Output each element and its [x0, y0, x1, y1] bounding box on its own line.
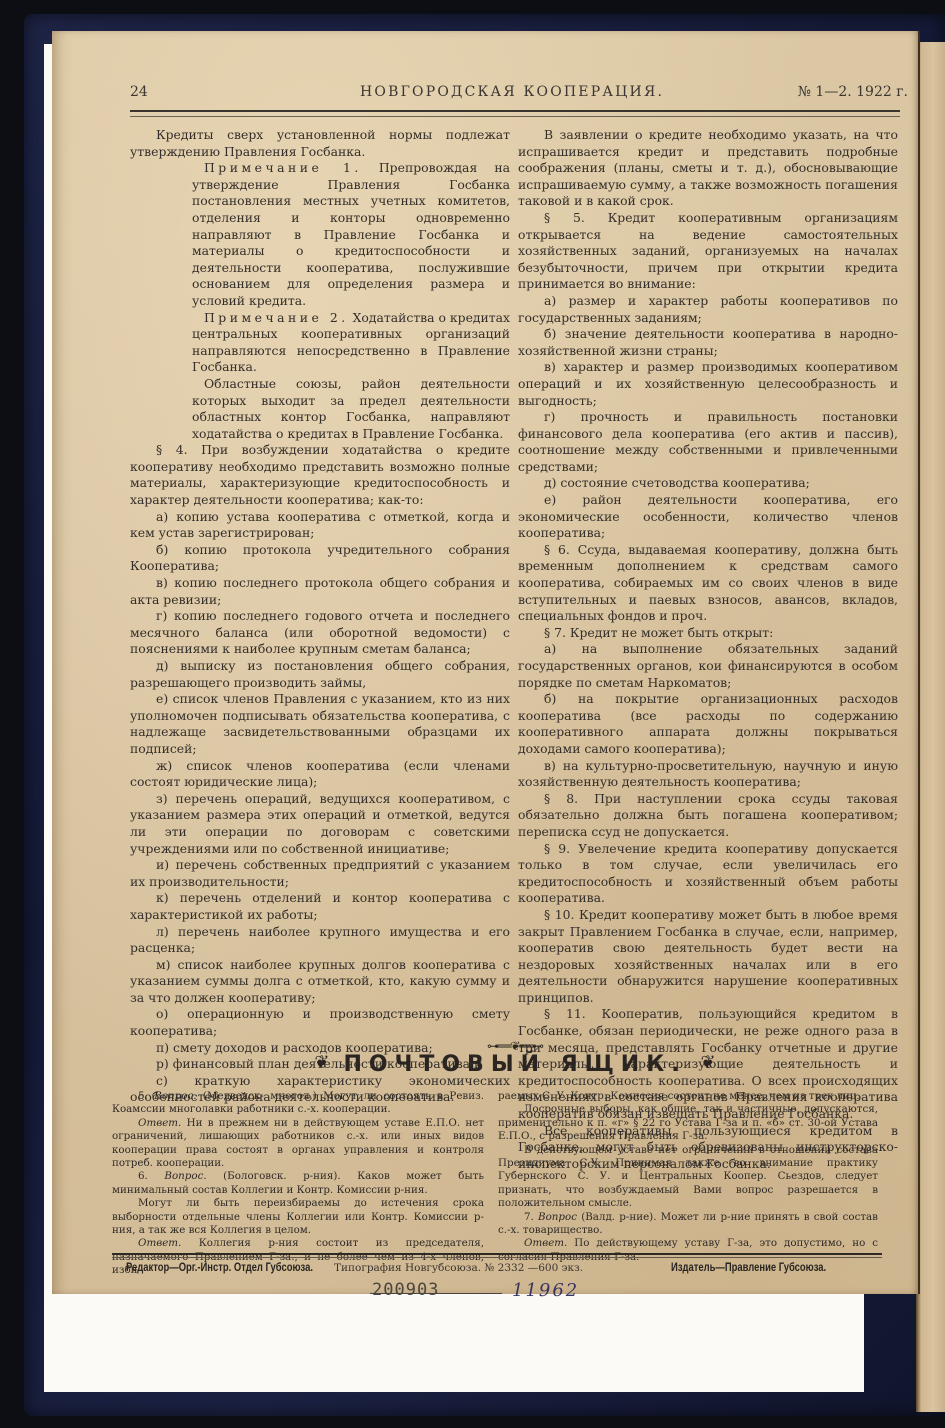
qa-paragraph: Досрочные выборы, как общие, так и части…: [498, 1103, 878, 1143]
paragraph-text: и) перечень собственных предприятий с ук…: [130, 857, 510, 889]
qa-paragraph: раемых С. У. Контр. Комиссия состоит не …: [498, 1090, 878, 1103]
editor-credit: Редактор—Орг.-Инстр. Отдел Губсоюза.: [126, 1262, 313, 1274]
paragraph: г) прочность и правильность постановки ф…: [518, 409, 898, 475]
paragraph-text: д) выписку из постановления общего собра…: [130, 658, 510, 690]
paragraph: з) перечень операций, ведущихся кооперат…: [130, 791, 510, 857]
footer-rule: [112, 1253, 882, 1258]
imprint-footer: Редактор—Орг.-Инстр. Отдел Губсоюза. Тип…: [126, 1262, 866, 1282]
paragraph: § 5. Кредит кооперативным организациям о…: [518, 210, 898, 293]
paragraph-text: м) список наиболее крупных долгов коопер…: [130, 957, 510, 1005]
paragraph-text: § 8. При наступлении срока ссуды таковая…: [518, 791, 898, 839]
paragraph-text: § 7. Кредит не может быть открыт:: [544, 625, 773, 640]
paragraph-text: Областные союзы, район деятельности кото…: [192, 376, 510, 441]
paragraph: § 4. При возбуждении ходатайства о креди…: [130, 442, 510, 508]
paragraph-text: § 5. Кредит кооперативным организациям о…: [518, 210, 898, 291]
question-number: 7.: [524, 1211, 538, 1223]
paragraph: Кредиты сверх установленной нормы подлеж…: [130, 127, 510, 160]
paragraph: е) список членов Правления с указанием, …: [130, 691, 510, 757]
printer-credit: Типография Новгубсоюза. № 2332 —600 экз.: [334, 1262, 583, 1274]
paragraph: а) размер и характер работы кооперативов…: [518, 293, 898, 326]
mailbox-right-column: раемых С. У. Контр. Комиссия состоит не …: [498, 1090, 878, 1264]
running-header: 24 НОВГОРОДСКАЯ КООПЕРАЦИЯ. № 1—2. 1922 …: [130, 84, 920, 104]
paragraph-text: В заявлении о кредите необходимо указать…: [518, 127, 898, 208]
paragraph-text: г) копию последнего годового отчета и по…: [130, 608, 510, 656]
paragraph: ж) список членов кооператива (если члена…: [130, 758, 510, 791]
qa-paragraph: 7. Вопрос (Валд. р-ние). Может ли р-ние …: [498, 1211, 878, 1238]
note-label: Примечание 2.: [204, 310, 349, 325]
paragraph-text: § 4. При возбуждении ходатайства о креди…: [130, 442, 510, 507]
paragraph: в) копию последнего протокола общего соб…: [130, 575, 510, 608]
paragraph: е) район деятельности кооператива, его э…: [518, 492, 898, 542]
library-stamp-number: 200903: [372, 1280, 439, 1300]
paragraph: § 8. При наступлении срока ссуды таковая…: [518, 791, 898, 841]
page-number: 24: [130, 84, 148, 100]
note-paragraph: Примечание 2. Ходатайства о кредитах цен…: [192, 310, 510, 376]
paragraph-text: б) копию протокола учредительного собран…: [130, 542, 510, 574]
paragraph: д) выписку из постановления общего собра…: [130, 658, 510, 691]
note-paragraph: Областные союзы, район деятельности кото…: [192, 376, 510, 442]
question-number: 5.: [138, 1090, 154, 1102]
note-label: Примечание 1.: [204, 160, 362, 175]
qa-paragraph: В действующем уставе нет ограничений в о…: [498, 1144, 878, 1211]
qa-text: В действующем уставе нет ограничений в о…: [498, 1144, 878, 1210]
mailbox-heading: ⊶══❦══⊷ ❦ПОЧТОВЫЙ ЯЩИК.❦: [130, 1040, 900, 1077]
issue-number: № 1—2. 1922 г.: [798, 84, 908, 100]
publication-title: НОВГОРОДСКАЯ КООПЕРАЦИЯ.: [360, 84, 664, 100]
left-column: Кредиты сверх установленной нормы подлеж…: [130, 127, 510, 1106]
paragraph: § 9. Увелечение кредита кооперативу допу…: [518, 841, 898, 907]
stamp-strikethrough: [370, 1293, 502, 1294]
qa-text: Могут ли быть переизбираемы до истечения…: [112, 1197, 484, 1236]
paragraph-text: в) копию последнего протокола общего соб…: [130, 575, 510, 607]
page-content: 24 НОВГОРОДСКАЯ КООПЕРАЦИЯ. № 1—2. 1922 …: [130, 84, 920, 127]
paragraph: б) значение деятельности кооператива в н…: [518, 326, 898, 359]
paragraph-text: е) район деятельности кооператива, его э…: [518, 492, 898, 540]
note-paragraph: Примечание 1. Препровождая на утверждени…: [192, 160, 510, 309]
answer-label: Ответ.: [138, 1237, 181, 1249]
paragraph: б) на покрытие организационных расходов …: [518, 691, 898, 757]
paragraph: § 7. Кредит не может быть открыт:: [518, 625, 898, 642]
paragraph-text: в) характер и размер производимых коопер…: [518, 359, 898, 407]
ornament-right-icon: ❦: [701, 1052, 716, 1073]
paragraph: в) характер и размер производимых коопер…: [518, 359, 898, 409]
qa-paragraph: 6. Вопрос. (Бологовск. р-ния). Каков мож…: [112, 1170, 484, 1197]
paragraph: г) копию последнего годового отчета и по…: [130, 608, 510, 658]
qa-paragraph: Ответ. Ни в прежнем ни в действующем уст…: [112, 1117, 484, 1171]
paragraph: д) состояние счетоводства кооператива;: [518, 475, 898, 492]
question-number: 6.: [138, 1170, 164, 1182]
paragraph-text: а) на выполнение обязательных заданий го…: [518, 641, 898, 689]
paragraph-text: ж) список членов кооператива (если члена…: [130, 758, 510, 790]
paragraph: а) копию устава кооператива с отметкой, …: [130, 509, 510, 542]
paragraph-text: а) копию устава кооператива с отметкой, …: [130, 509, 510, 541]
qa-text: раемых С. У. Контр. Комиссия состоит не …: [498, 1090, 860, 1102]
paragraph-text: § 9. Увелечение кредита кооперативу допу…: [518, 841, 898, 906]
qa-text: Досрочные выборы, как общие, так и части…: [498, 1103, 878, 1142]
paragraph-text: б) на покрытие организационных расходов …: [518, 691, 898, 756]
ornament-left-icon: ❦: [314, 1052, 329, 1073]
question-label: Вопрос: [538, 1211, 577, 1223]
paragraph: в) на культурно-просветительную, научную…: [518, 758, 898, 791]
paragraph-text: а) размер и характер работы кооперативов…: [518, 293, 898, 325]
paragraph-text: г) прочность и правильность постановки ф…: [518, 409, 898, 474]
paragraph: л) перечень наиболее крупного имущества …: [130, 924, 510, 957]
handwritten-inventory-number: 11962: [512, 1280, 579, 1301]
paragraph: к) перечень отделений и контор кооперати…: [130, 890, 510, 923]
qa-paragraph: Ответ. По действующему уставу Г-за, это …: [498, 1237, 878, 1264]
paragraph: м) список наиболее крупных долгов коопер…: [130, 957, 510, 1007]
qa-paragraph: 5. Вопрос. (Медведск- многол.) Могут ли …: [112, 1090, 484, 1117]
question-label: Вопрос.: [154, 1090, 196, 1102]
paragraph: б) копию протокола учредительного собран…: [130, 542, 510, 575]
paragraph-text: § 10. Кредит кооперативу может быть в лю…: [518, 907, 898, 1005]
paragraph-text: § 6. Ссуда, выдаваемая кооперативу, долж…: [518, 542, 898, 623]
paragraph-text: л) перечень наиболее крупного имущества …: [130, 924, 510, 956]
publisher-credit: Издатель—Правление Губсоюза.: [671, 1262, 826, 1274]
paragraph-text: Препровождая на утверждение Правления Го…: [192, 160, 510, 308]
paragraph: и) перечень собственных предприятий с ук…: [130, 857, 510, 890]
paragraph: § 10. Кредит кооперативу может быть в лю…: [518, 907, 898, 1007]
flourish-ornament: ⊶══❦══⊷: [130, 1040, 900, 1052]
paragraph-text: з) перечень операций, ведущихся кооперат…: [130, 791, 510, 856]
adjacent-page-edge: [916, 42, 945, 1412]
right-column: В заявлении о кредите необходимо указать…: [518, 127, 898, 1172]
paragraph-text: в) на культурно-просветительную, научную…: [518, 758, 898, 790]
answer-label: Ответ.: [138, 1117, 181, 1129]
paragraph: § 6. Ссуда, выдаваемая кооперативу, долж…: [518, 542, 898, 625]
question-label: Вопрос.: [164, 1170, 206, 1182]
paragraph: В заявлении о кредите необходимо указать…: [518, 127, 898, 210]
qa-paragraph: Могут ли быть переизбираемы до истечения…: [112, 1197, 484, 1237]
mailbox-left-column: 5. Вопрос. (Медведск- многол.) Могут ли …: [112, 1090, 484, 1278]
paragraph-text: е) список членов Правления с указанием, …: [130, 691, 510, 756]
paragraph: о) операционную и производственную смету…: [130, 1006, 510, 1039]
header-rule: [130, 110, 900, 117]
paragraph-text: к) перечень отделений и контор кооперати…: [130, 890, 510, 922]
mailbox-title: ПОЧТОВЫЙ ЯЩИК.: [343, 1052, 686, 1077]
paragraph-text: б) значение деятельности кооператива в н…: [518, 326, 898, 358]
paragraph-text: Кредиты сверх установленной нормы подлеж…: [130, 127, 510, 159]
paragraph-text: о) операционную и производственную смету…: [130, 1006, 510, 1038]
answer-label: Ответ.: [524, 1237, 567, 1249]
paragraph: а) на выполнение обязательных заданий го…: [518, 641, 898, 691]
paragraph-text: д) состояние счетоводства кооператива;: [544, 475, 810, 490]
